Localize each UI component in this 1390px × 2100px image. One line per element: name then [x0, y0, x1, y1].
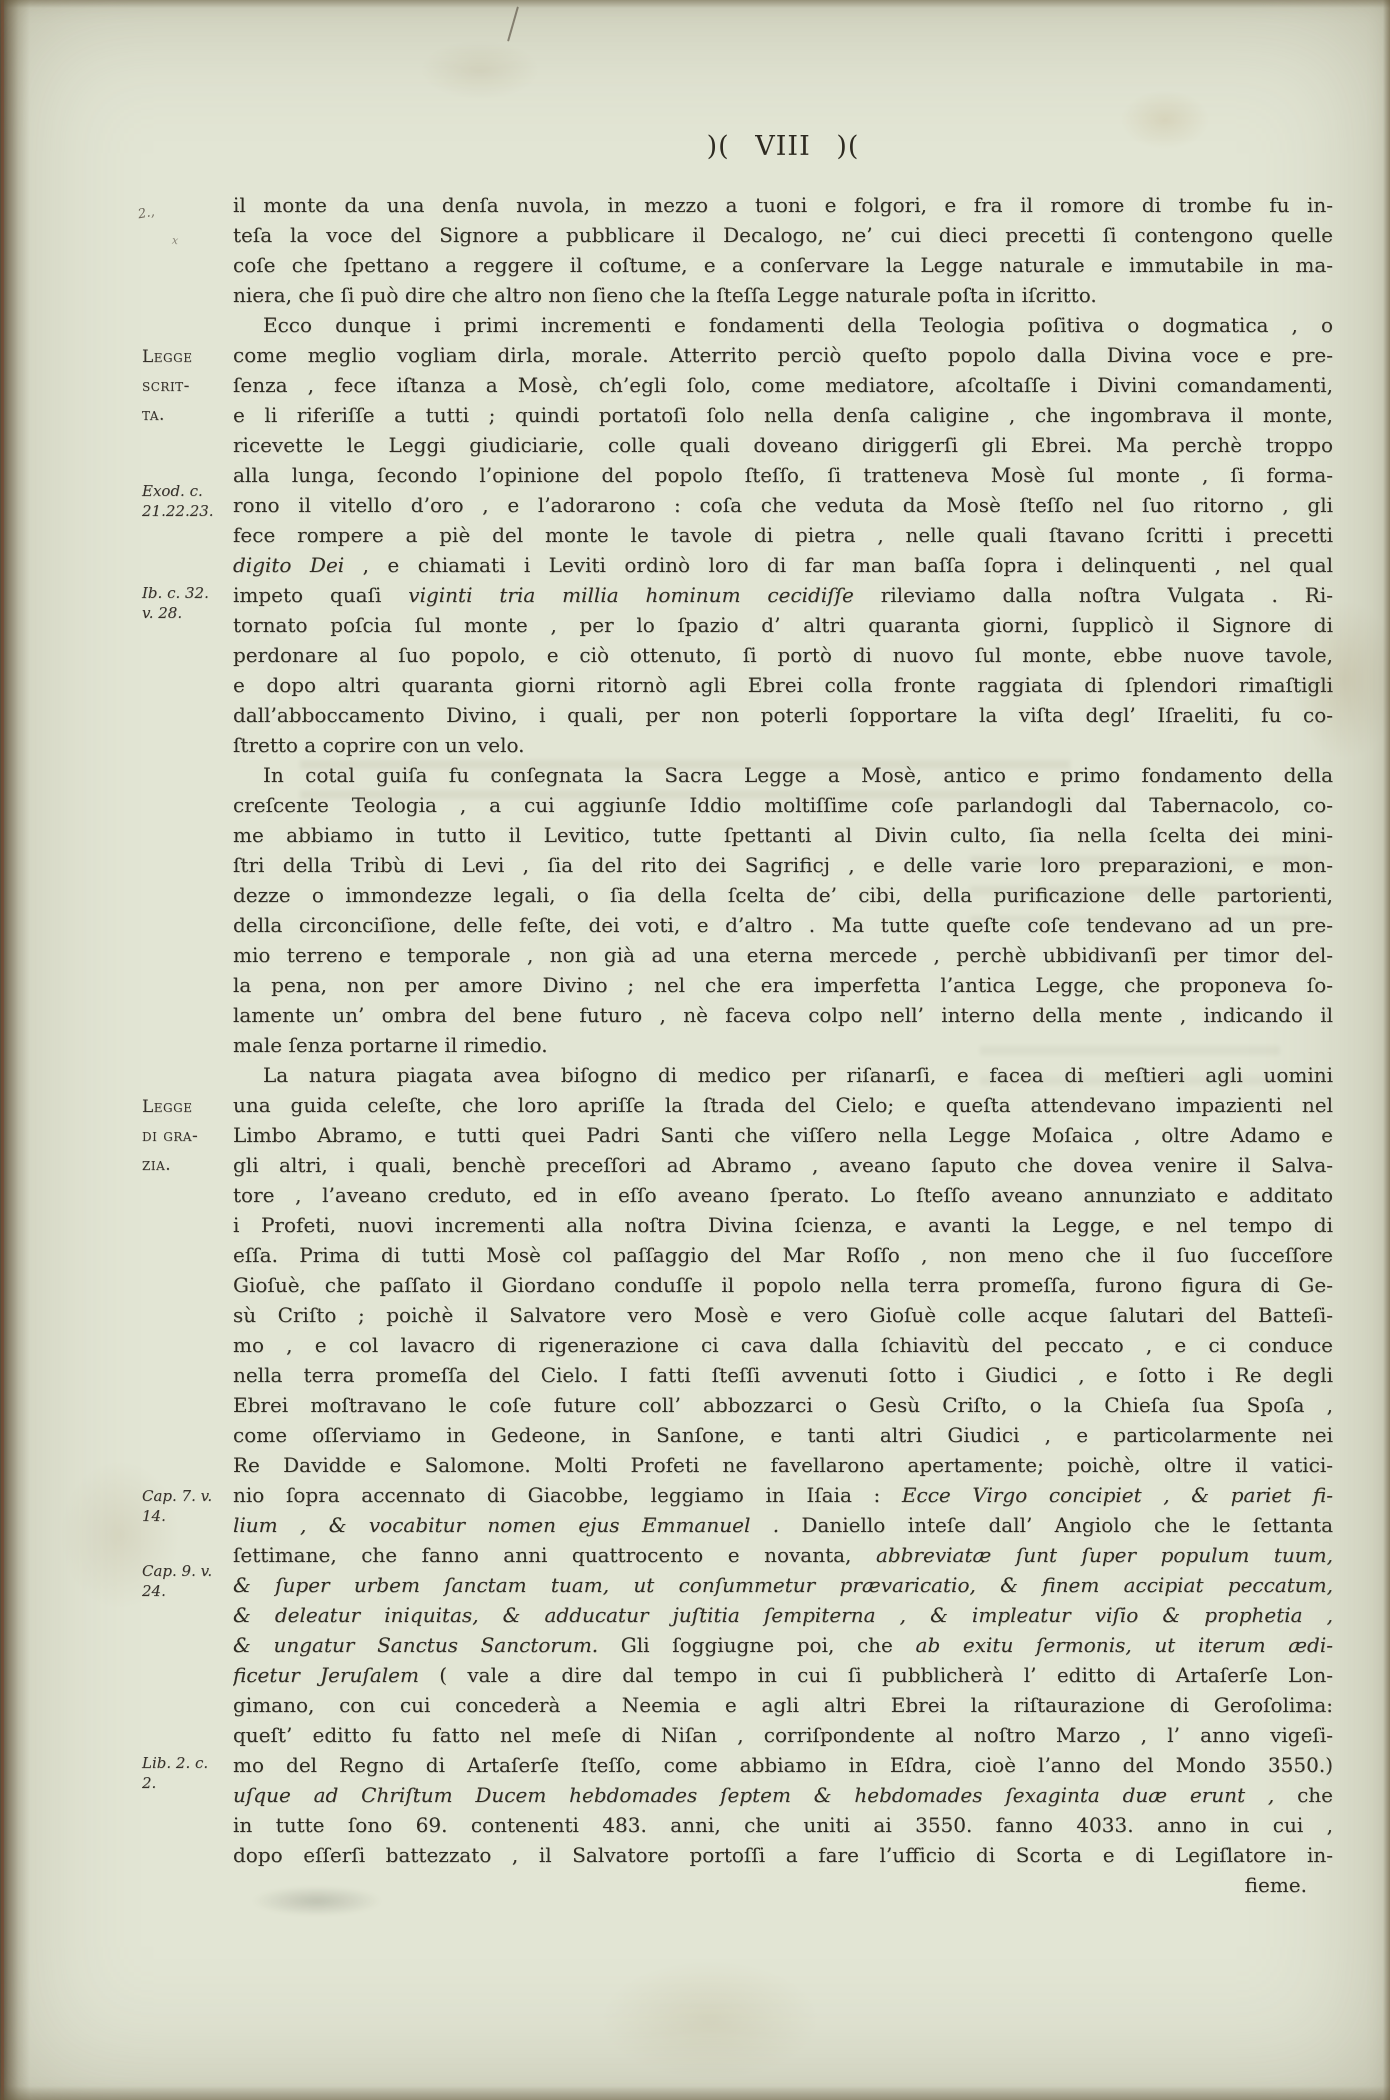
page-edge-right [1383, 0, 1390, 2100]
handwritten-ink-mark: 2., [137, 205, 156, 223]
book-page-scan: )( VIII )( Leggescrit-ta.Exod. c.21.22.2… [0, 0, 1390, 2100]
body-line: In cotal guiſa fu conſegnata la Sacra Le… [233, 760, 1333, 790]
body-line: il monte da una denſa nuvola, in mezzo a… [233, 190, 1333, 220]
body-line: & ungatur Sanctus Sanctorum. Gli ſoggiug… [233, 1630, 1333, 1660]
body-line: Ebrei moſtravano le coſe future coll’ ab… [233, 1390, 1333, 1420]
body-line: dopo eſſerſi battezzato , il Salvatore p… [233, 1840, 1333, 1870]
body-line: lium , & vocabitur nomen ejus Emmanuel .… [233, 1510, 1333, 1540]
page-number: )( VIII )( [233, 131, 1333, 162]
body-line: gli altri, i quali, benchè preceſſori ad… [233, 1150, 1333, 1180]
handwritten-ink-mark: x [171, 234, 179, 248]
book-gutter-shadow [0, 0, 30, 2100]
body-line: eſſa. Prima di tutti Mosè col paſſaggio … [233, 1240, 1333, 1270]
body-line: ſtretto a coprire con un velo. [233, 730, 1333, 760]
body-line: niera, che ſi può dire che altro non ſie… [233, 280, 1333, 310]
body-line: nio ſopra accennato di Giacobbe, leggiam… [233, 1480, 1333, 1510]
body-line: perdonare al ſuo popolo, e ciò ottenuto,… [233, 640, 1333, 670]
body-line: gimano, con cui concederà a Neemia e agl… [233, 1690, 1333, 1720]
body-line: Gioſuè, che paſſato il Giordano conduſſe… [233, 1270, 1333, 1300]
body-line: ſettimane, che fanno anni quattrocento e… [233, 1540, 1333, 1570]
body-line: tore , l’aveano creduto, ed in eſſo avea… [233, 1180, 1333, 1210]
body-line: mio terreno e temporale , non già ad una… [233, 940, 1333, 970]
body-line: Ecco dunque i primi incrementi e fondame… [233, 310, 1333, 340]
body-line: ficetur Jeruſalem ( vale a dire dal temp… [233, 1660, 1333, 1690]
body-line: i Profeti, nuovi incrementi alla noſtra … [233, 1210, 1333, 1240]
body-line: La natura piagata avea biſogno di medico… [233, 1060, 1333, 1090]
body-line: e dopo altri quaranta giorni ritornò agl… [233, 670, 1333, 700]
body-line: in tutte ſono 69. contenenti 483. anni, … [233, 1810, 1333, 1840]
body-line: alla lunga, ſecondo l’opinione del popol… [233, 460, 1333, 490]
body-line: creſcente Teologia , a cui aggiunſe Iddi… [233, 790, 1333, 820]
body-line: della circonciſione, delle feſte, dei vo… [233, 910, 1333, 940]
body-line: ſtri della Tribù di Levi , ſia del rito … [233, 850, 1333, 880]
body-line: uſque ad Chriſtum Ducem hebdomades ſepte… [233, 1780, 1333, 1810]
body-line: rono il vitello d’oro , e l’adorarono : … [233, 490, 1333, 520]
body-line: Limbo Abramo, e tutti quei Padri Santi c… [233, 1120, 1333, 1150]
body-line: sù Criſto ; poichè il Salvatore vero Mos… [233, 1300, 1333, 1330]
body-line: ſenza , fece iſtanza a Mosè, ch’egli ſol… [233, 370, 1333, 400]
body-line: dall’abboccamento Divino, i quali, per n… [233, 700, 1333, 730]
body-line: lamente un’ ombra del bene futuro , nè f… [233, 1000, 1333, 1030]
body-line: mo , e col lavacro di rigenerazione ci c… [233, 1330, 1333, 1360]
body-line: la pena, non per amore Divino ; nel che … [233, 970, 1333, 1000]
body-line: tornato poſcia ſul monte , per lo ſpazio… [233, 610, 1333, 640]
body-line: fieme. [233, 1870, 1333, 1900]
body-line: digito Dei , e chiamati i Leviti ordinò … [233, 550, 1333, 580]
body-line: dezze o immondezze legali, o ſia della ſ… [233, 880, 1333, 910]
body-line: fece rompere a piè del monte le tavole d… [233, 520, 1333, 550]
body-line: & ſuper urbem ſanctam tuam, ut conſummet… [233, 1570, 1333, 1600]
body-line: come oſſerviamo in Gedeone, in Sanſone, … [233, 1420, 1333, 1450]
body-line: come meglio vogliam dirla, morale. Atter… [233, 340, 1333, 370]
body-line: impeto quaſi viginti tria millia hominum… [233, 580, 1333, 610]
page-edge-bottom [0, 2086, 1390, 2100]
body-line: coſe che ſpettano a reggere il coſtume, … [233, 250, 1333, 280]
page-edge-top [0, 0, 1390, 8]
body-line: me abbiamo in tutto il Levitico, tutte ſ… [233, 820, 1333, 850]
body-line: queſt’ editto fu fatto nel meſe di Niſan… [233, 1720, 1333, 1750]
gutter-edge-line [1, 0, 4, 2100]
body-line: una guida celeſte, che loro apriſſe la ſ… [233, 1090, 1333, 1120]
body-line: ricevette le Leggi giudiciarie, colle qu… [233, 430, 1333, 460]
body-line: mo del Regno di Artaſerſe ſteſſo, come a… [233, 1750, 1333, 1780]
body-line: Re Davidde e Salomone. Molti Profeti ne … [233, 1450, 1333, 1480]
body-line: nella terra promeſſa del Cielo. I fatti … [233, 1360, 1333, 1390]
body-text: il monte da una denſa nuvola, in mezzo a… [233, 190, 1333, 1900]
body-line: teſa la voce del Signore a pubblicare il… [233, 220, 1333, 250]
body-line: & deleatur iniquitas, & adducatur juſtit… [233, 1600, 1333, 1630]
body-line: male ſenza portarne il rimedio. [233, 1030, 1333, 1060]
body-line: e li riferiſſe a tutti ; quindi portatoſ… [233, 400, 1333, 430]
